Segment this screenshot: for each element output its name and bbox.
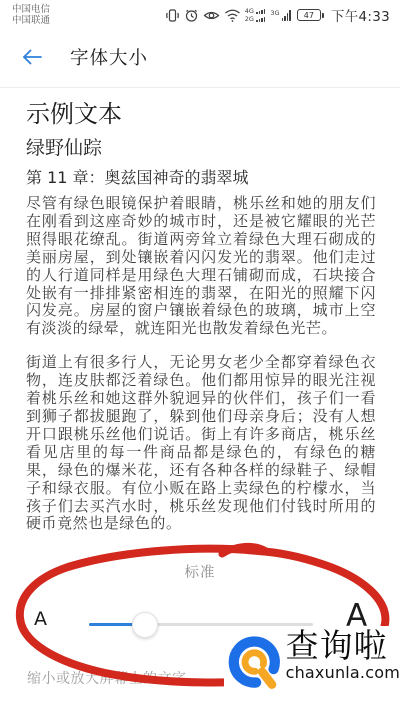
min-size-letter: A — [34, 608, 47, 630]
dual-sim-signal-icon: 4G 2G — [245, 8, 266, 22]
sample-section-title: 示例文本 — [26, 99, 376, 129]
status-bar: 中国电信 中国联通 — [0, 0, 400, 28]
page-title: 字体大小 — [70, 44, 148, 70]
app-header: 字体大小 — [0, 28, 400, 86]
sim1-network-badge: 4G — [245, 8, 254, 14]
font-size-settings-screen: 中国电信 中国联通 — [0, 0, 400, 711]
watermark-logo-icon — [226, 633, 285, 695]
battery-level: 47 — [304, 11, 314, 20]
back-button[interactable] — [20, 45, 44, 69]
sample-paragraph-2: 街道上有很多行人，无论男女老少全都穿着绿色衣物，连皮肤都泛着绿色。他们都用惊异的… — [26, 354, 376, 533]
sample-paragraph-1: 尽管有绿色眼镜保护着眼睛，桃乐丝和她的朋友们在刚看到这座奇妙的城市时，还是被它耀… — [26, 195, 376, 338]
vibrate-icon — [165, 8, 180, 23]
eye-comfort-icon — [203, 8, 220, 23]
alarm-clock-icon — [184, 8, 199, 23]
clock-time: 下午4:33 — [331, 5, 390, 25]
sim3-network-badge: 3G — [270, 10, 279, 16]
book-title: 绿野仙踪 — [26, 136, 376, 160]
watermark-texts: 查询啦 chaxunla.com — [286, 626, 400, 682]
current-size-label: 标准 — [0, 561, 400, 582]
sim3-signal-icon: 3G — [270, 10, 291, 21]
status-icons: 4G 2G 3G 47 下午4:33 — [165, 5, 390, 25]
sim2-network-badge: 2G — [245, 16, 254, 22]
watermark: 查询啦 chaxunla.com — [224, 626, 400, 704]
header-divider — [0, 87, 400, 88]
battery-icon: 47 — [297, 9, 324, 21]
carrier-labels: 中国电信 中国联通 — [12, 4, 50, 26]
carrier-bottom: 中国联通 — [12, 15, 50, 26]
watermark-url: chaxunla.com — [286, 664, 400, 682]
chapter-heading: 第 11 章：奥兹国神奇的翡翠城 — [26, 167, 376, 189]
watermark-brand: 查询啦 — [286, 626, 400, 666]
back-arrow-icon — [21, 48, 43, 66]
sample-text-area: 示例文本 绿野仙踪 第 11 章：奥兹国神奇的翡翠城 尽管有绿色眼镜保护着眼睛，… — [26, 96, 376, 533]
wifi-icon — [224, 8, 241, 23]
size-hint-text: 缩小或放大屏幕上的文字。 — [27, 668, 201, 688]
carrier-top: 中国电信 — [12, 4, 50, 15]
slider-thumb[interactable] — [132, 612, 158, 638]
